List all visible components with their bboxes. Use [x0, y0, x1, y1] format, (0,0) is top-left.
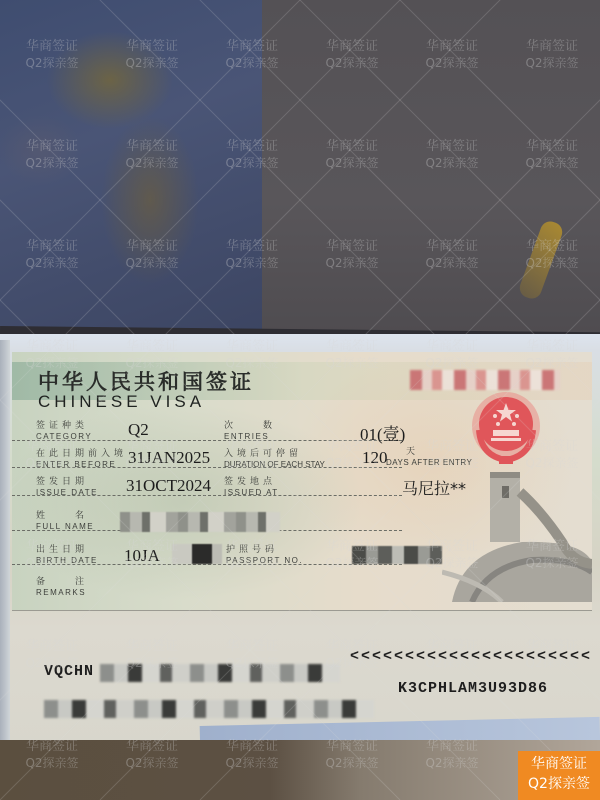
enter-before-label-cn: 在此日期前入境	[36, 446, 127, 459]
birth-date-label: 出生日期 BIRTH DATE	[36, 542, 98, 565]
birth-date-redacted	[172, 544, 222, 564]
full-name-label-cn: 姓 名	[36, 508, 94, 521]
category-label-en: CATEGORY	[36, 432, 92, 441]
issued-at-label: 签发地点 ISSUED AT	[224, 474, 279, 497]
issued-at-label-en: ISSUED AT	[224, 488, 279, 497]
visa-title-en: CHINESE VISA	[38, 392, 205, 412]
issue-date-label-en: ISSUE DATE	[36, 488, 98, 497]
duration-label: 入境后可停留 DURATION OF EACH STAY	[224, 446, 325, 469]
duration-value: 120	[362, 448, 388, 468]
category-label-cn: 签证种类	[36, 418, 92, 431]
duration-unit: 天 DAYS AFTER ENTRY	[386, 444, 472, 467]
issued-at-value: 马尼拉**	[402, 476, 466, 499]
entries-value: 01(壹)	[360, 420, 405, 445]
passport-previous-page	[0, 0, 262, 335]
issue-date-value: 31OCT2024	[126, 476, 211, 496]
badge-line2: Q2探亲签	[518, 774, 600, 794]
brand-badge: 华商签证 Q2探亲签	[518, 751, 600, 800]
mrz-line1-filler: <<<<<<<<<<<<<<<<<<<<<<	[350, 648, 592, 665]
duration-unit-cn: 天	[406, 444, 472, 457]
entries-label: 次 数 ENTRIES	[224, 418, 276, 441]
page-shadow	[0, 740, 600, 800]
badge-line1: 华商签证	[518, 754, 600, 774]
mrz-line1-redacted	[100, 664, 340, 682]
birth-date-label-cn: 出生日期	[36, 542, 98, 555]
page-left-edge	[0, 340, 10, 740]
enter-before-value: 31JAN2025	[128, 448, 210, 468]
enter-before-label-en: ENTER BEFORE	[36, 460, 127, 469]
passport-no-label-en: PASSPORT NO.	[226, 556, 303, 565]
passport-no-label-cn: 护照号码	[226, 542, 303, 555]
remarks-label-cn: 备 注	[36, 574, 88, 587]
passport-no-redacted	[352, 546, 442, 564]
birth-date-value: 10JA	[124, 546, 160, 566]
remarks-label-en: REMARKS	[36, 588, 88, 597]
passport-no-label: 护照号码 PASSPORT NO.	[226, 542, 303, 565]
full-name-label: 姓 名 FULL NAME	[36, 508, 94, 531]
issue-date-label: 签发日期 ISSUE DATE	[36, 474, 98, 497]
enter-before-label: 在此日期前入境 ENTER BEFORE	[36, 446, 127, 469]
duration-unit-en: DAYS AFTER ENTRY	[386, 458, 472, 467]
national-emblem-icon	[469, 390, 543, 470]
birth-date-label-en: BIRTH DATE	[36, 556, 98, 565]
full-name-label-en: FULL NAME	[36, 522, 94, 531]
duration-label-en: DURATION OF EACH STAY	[224, 460, 325, 469]
passport-photo: 中华人民共和国签证 CHINESE VISA	[0, 0, 600, 800]
mrz-line1-start: VQCHN	[44, 663, 94, 680]
mrz-line2-redacted	[44, 700, 374, 718]
category-value: Q2	[128, 420, 149, 440]
mrz-line2-end: K3CPHLAM3U93D86	[398, 680, 548, 697]
entries-label-en: ENTRIES	[224, 432, 276, 441]
entries-label-cn: 次 数	[224, 418, 276, 431]
visa-sticker: 中华人民共和国签证 CHINESE VISA	[12, 352, 592, 611]
issued-at-label-cn: 签发地点	[224, 474, 279, 487]
visa-number-redacted	[410, 370, 560, 390]
passport-cover	[262, 0, 600, 335]
full-name-redacted	[120, 512, 280, 532]
issue-date-label-cn: 签发日期	[36, 474, 98, 487]
category-label: 签证种类 CATEGORY	[36, 418, 92, 441]
duration-label-cn: 入境后可停留	[224, 446, 325, 459]
remarks-label: 备 注 REMARKS	[36, 574, 88, 597]
